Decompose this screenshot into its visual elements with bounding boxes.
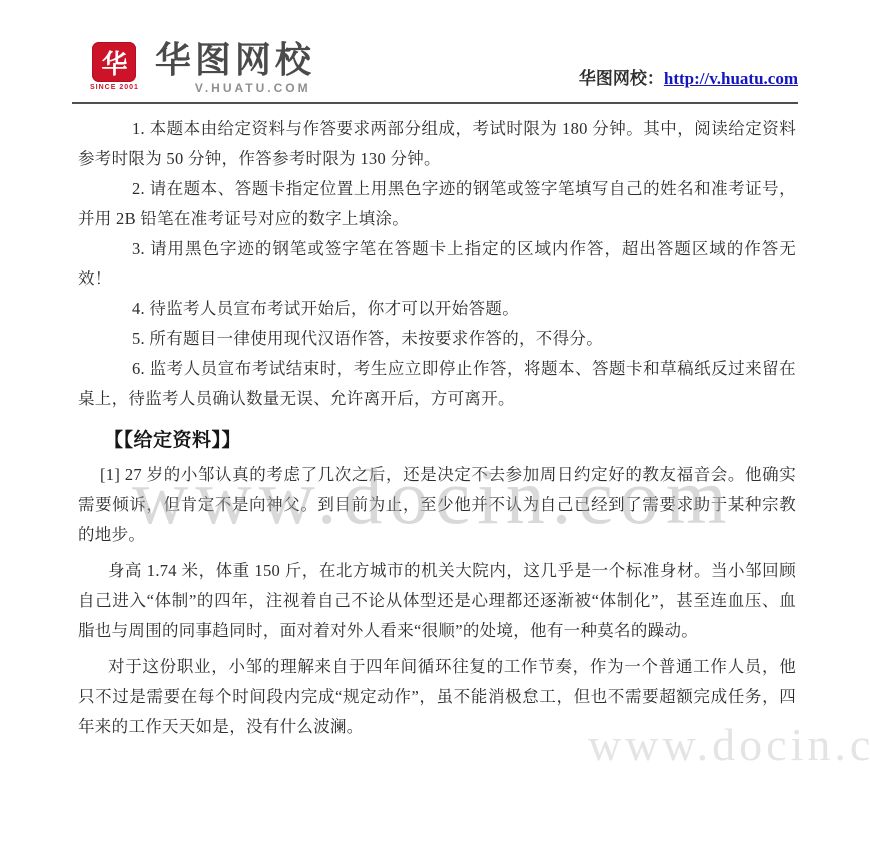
document-body: 1. 本题本由给定资料与作答要求两部分组成，考试时限为 180 分钟。其中，阅读… <box>78 104 796 742</box>
huatu-logo: 华 SINCE 2001 华图网校 V.HUATU.COM <box>90 42 315 95</box>
logo-since-text: SINCE 2001 <box>90 84 139 91</box>
instruction-item-5: 5. 所有题目一律使用现代汉语作答，未按要求作答的，不得分。 <box>78 324 796 354</box>
document-page: 华 SINCE 2001 华图网校 V.HUATU.COM 华图网校：http:… <box>0 0 870 842</box>
material-paragraph-1: [1] 27 岁的小邹认真的考虑了几次之后，还是决定不去参加周日约定好的教友福音… <box>78 460 796 550</box>
site-url-link[interactable]: http://v.huatu.com <box>664 69 798 88</box>
huatu-logo-badge: 华 SINCE 2001 <box>90 42 139 91</box>
instruction-item-2: 2. 请在题本、答题卡指定位置上用黑色字迹的钢笔或签字笔填写自己的姓名和准考证号… <box>78 174 796 234</box>
instruction-item-1: 1. 本题本由给定资料与作答要求两部分组成，考试时限为 180 分钟。其中，阅读… <box>78 114 796 174</box>
site-label: 华图网校： <box>579 69 664 88</box>
instruction-item-6: 6. 监考人员宣布考试结束时，考生应立即停止作答，将题本、答题卡和草稿纸反过来留… <box>78 354 796 414</box>
logo-text: 华图网校 V.HUATU.COM <box>155 42 315 95</box>
material-paragraph-3: 对于这份职业，小邹的理解来自于四年间循环往复的工作节奏，作为一个普通工作人员，他… <box>78 652 796 742</box>
logo-name: 华图网校 <box>155 42 315 78</box>
logo-domain: V.HUATU.COM <box>195 81 315 95</box>
section-title: 【【给定资料】】 <box>78 428 796 454</box>
material-paragraph-2: 身高 1.74 米，体重 150 斤，在北方城市的机关大院内，这几乎是一个标准身… <box>78 556 796 646</box>
page-header: 华 SINCE 2001 华图网校 V.HUATU.COM 华图网校：http:… <box>72 0 798 104</box>
huatu-logo-glyph: 华 <box>101 44 127 81</box>
instruction-item-3: 3. 请用黑色字迹的钢笔或签字笔在答题卡上指定的区域内作答，超出答题区域的作答无… <box>78 234 796 294</box>
instruction-item-4: 4. 待监考人员宣布考试开始后，你才可以开始答题。 <box>78 294 796 324</box>
huatu-logo-icon: 华 <box>92 42 136 82</box>
site-reference: 华图网校：http://v.huatu.com <box>579 64 798 89</box>
